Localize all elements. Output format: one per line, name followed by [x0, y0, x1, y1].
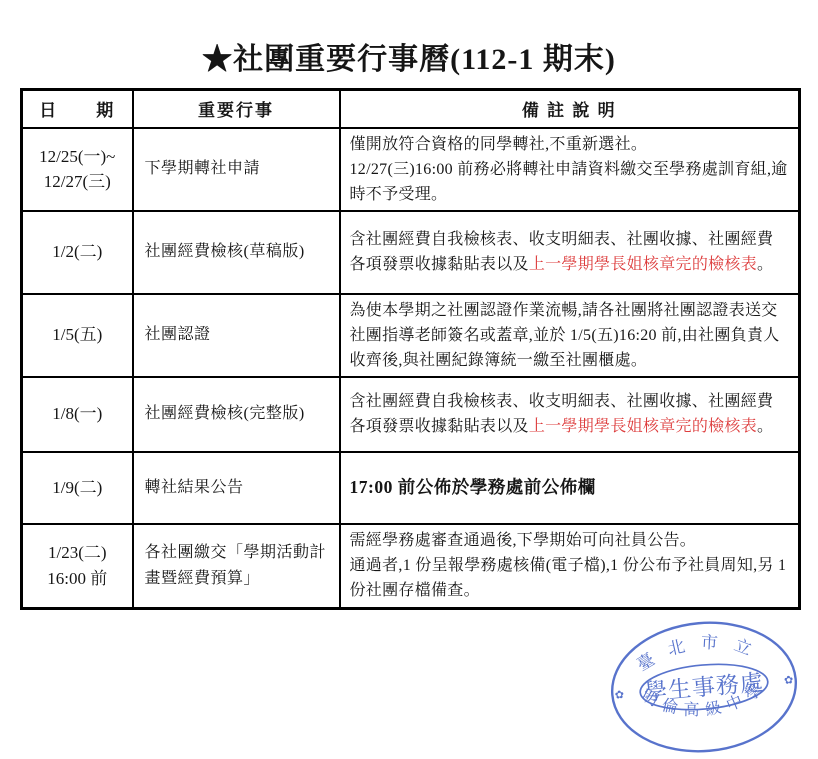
stamp-flower-left-icon: ✿ — [614, 689, 624, 702]
stamp-graphic: 臺北市立 明倫高級中學 學生事務處 ✿ ✿ — [600, 610, 807, 759]
note-text-red: 上一學期學長姐核章完的檢核表 — [529, 256, 757, 273]
table-header-row: 日 期 重要行事 備 註 說 明 — [22, 90, 800, 128]
table-row: 1/8(一) 社團經費檢核(完整版) 含社團經費自我檢核表、收支明細表、社團收據… — [22, 377, 800, 452]
table-row: 1/2(二) 社團經費檢核(草稿版) 含社團經費自我檢核表、收支明細表、社團收據… — [22, 211, 800, 294]
event-cell: 社團經費檢核(完整版) — [133, 377, 340, 452]
note-text-bold: 17:00 前公佈於學務處前公佈欄 — [350, 477, 596, 497]
note-cell: 17:00 前公佈於學務處前公佈欄 — [340, 452, 800, 524]
event-cell: 各社團繳交「學期活動計畫暨經費預算」 — [133, 524, 340, 609]
note-text: 。 — [757, 256, 773, 273]
note-cell: 僅開放符合資格的同學轉社,不重新選社。 12/27(三)16:00 前務必將轉社… — [340, 128, 800, 211]
note-text: 為使本學期之社團認證作業流暢,請各社團將社團認證表送交社團指導老師簽名或蓋章,並… — [350, 302, 780, 369]
event-cell: 下學期轉社申請 — [133, 128, 340, 211]
header-note: 備 註 說 明 — [340, 90, 800, 128]
event-cell: 轉社結果公告 — [133, 452, 340, 524]
page-title: ★社團重要行事曆(112-1 期末) — [0, 34, 818, 78]
note-text: 需經學務處審查通過後,下學期始可向社員公告。 通過者,1 份呈報學務處核備(電子… — [350, 532, 787, 599]
date-cell: 1/5(五) — [22, 294, 133, 377]
note-text-red: 上一學期學長姐核章完的檢核表 — [529, 418, 757, 435]
note-text: 僅開放符合資格的同學轉社,不重新選社。 12/27(三)16:00 前務必將轉社… — [350, 136, 788, 203]
header-event: 重要行事 — [133, 90, 340, 128]
note-cell: 需經學務處審查通過後,下學期始可向社員公告。 通過者,1 份呈報學務處核備(電子… — [340, 524, 800, 609]
note-text: 。 — [757, 418, 773, 435]
table-row: 1/5(五) 社團認證 為使本學期之社團認證作業流暢,請各社團將社團認證表送交社… — [22, 294, 800, 377]
table-row: 12/25(一)~ 12/27(三) 下學期轉社申請 僅開放符合資格的同學轉社,… — [22, 128, 800, 211]
event-cell: 社團認證 — [133, 294, 340, 377]
table-row: 1/9(二) 轉社結果公告 17:00 前公佈於學務處前公佈欄 — [22, 452, 800, 524]
club-calendar-table: 日 期 重要行事 備 註 說 明 12/25(一)~ 12/27(三) 下學期轉… — [20, 88, 801, 610]
note-cell: 為使本學期之社團認證作業流暢,請各社團將社團認證表送交社團指導老師簽名或蓋章,並… — [340, 294, 800, 377]
note-cell: 含社團經費自我檢核表、收支明細表、社團收據、社團經費各項發票收據黏貼表以及上一學… — [340, 377, 800, 452]
stamp-flower-right-icon: ✿ — [784, 674, 794, 687]
date-cell: 12/25(一)~ 12/27(三) — [22, 128, 133, 211]
table-row: 1/23(二) 16:00 前 各社團繳交「學期活動計畫暨經費預算」 需經學務處… — [22, 524, 800, 609]
event-cell: 社團經費檢核(草稿版) — [133, 211, 340, 294]
header-date: 日 期 — [22, 90, 133, 128]
student-affairs-office-stamp: 臺北市立 明倫高級中學 學生事務處 ✿ ✿ — [600, 610, 807, 759]
note-cell: 含社團經費自我檢核表、收支明細表、社團收據、社團經費各項發票收據黏貼表以及上一學… — [340, 211, 800, 294]
date-cell: 1/23(二) 16:00 前 — [22, 524, 133, 609]
date-cell: 1/9(二) — [22, 452, 133, 524]
date-cell: 1/2(二) — [22, 211, 133, 294]
date-cell: 1/8(一) — [22, 377, 133, 452]
